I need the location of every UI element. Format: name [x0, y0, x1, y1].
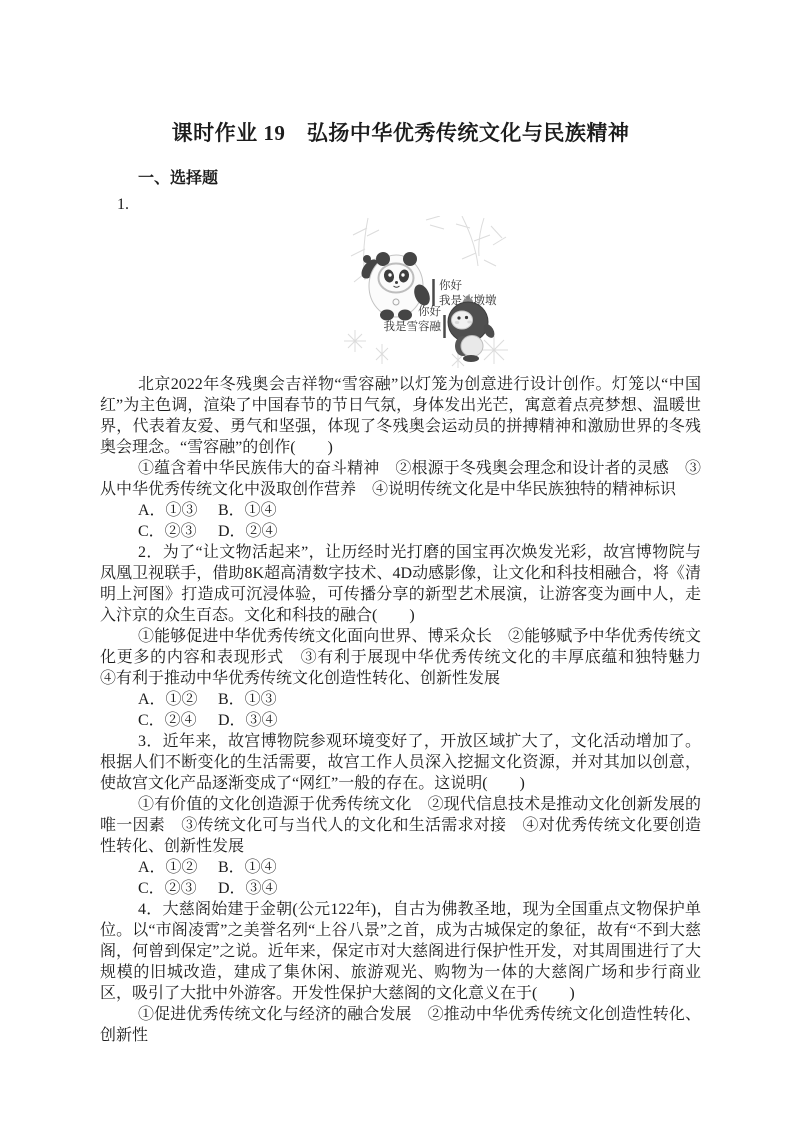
question-1-items: ①蕴含着中华民族伟大的奋斗精神 ②根源于冬残奥会理念和设计者的灵感 ③从中华优秀…: [100, 458, 701, 500]
answer-option-b: B．①③: [218, 691, 277, 708]
question-3-stem: 3．近年来，故宫博物院参观环境变好了，开放区域扩大了，文化活动增加了。根据人们不…: [100, 731, 701, 794]
question-2-stem: 2．为了“让文物活起来”，让历经时光打磨的国宝再次焕发光彩，故宫博物院与凤凰卫视…: [100, 542, 701, 626]
question-3-answer-row-1: A．①②B．①④: [100, 857, 701, 878]
question-1-answer-row-2: C．②③D．②④: [100, 521, 701, 542]
answer-option-a: A．①②: [138, 689, 218, 710]
question-4-stem: 4．大慈阁始建于金朝(公元122年)，自古为佛教圣地，现为全国重点文物保护单位。…: [100, 899, 701, 1004]
bing-speech-line1: 你好: [439, 278, 462, 292]
answer-option-d: D．②④: [218, 523, 278, 540]
question-2-items: ①能够促进中华优秀传统文化面向世界、博采众长 ②能够赋予中华优秀传统文化更多的内…: [100, 626, 701, 689]
question-3-items: ①有价值的文化创造源于优秀传统文化 ②现代信息技术是推动文化创新发展的唯一因素 …: [100, 794, 701, 857]
page-title: 课时作业 19 弘扬中华优秀传统文化与民族精神: [100, 118, 701, 148]
question-1-answer-row-1: A．①③B．①④: [100, 500, 701, 521]
answer-option-c: C．②③: [138, 878, 218, 899]
question-1-stem: 北京2022年冬残奥会吉祥物“雪容融”以灯笼为创意进行设计创作。灯笼以“中国红”…: [100, 374, 701, 458]
answer-option-d: D．③④: [218, 712, 278, 729]
mascots-illustration: 你好 我是冰墩墩 你好 我是雪: [334, 216, 514, 368]
question-4-items: ①促进优秀传统文化与经济的融合发展 ②推动中华优秀传统文化创造性转化、创新性: [100, 1004, 701, 1046]
question-2-answer-row-2: C．②④D．③④: [100, 710, 701, 731]
question-1-number: 1.: [100, 194, 701, 215]
worksheet-page: 课时作业 19 弘扬中华优秀传统文化与民族精神 一、选择题 1.: [0, 0, 793, 1122]
answer-option-a: A．①③: [138, 500, 218, 521]
answer-option-b: B．①④: [218, 502, 277, 519]
xue-speech-line1: 你好: [418, 304, 441, 318]
answer-option-c: C．②③: [138, 521, 218, 542]
question-3-answer-row-2: C．②③D．③④: [100, 878, 701, 899]
mascots-figure: 你好 我是冰墩墩 你好 我是雪: [334, 216, 514, 368]
answer-option-d: D．③④: [218, 880, 278, 897]
answer-option-a: A．①②: [138, 857, 218, 878]
question-2-answer-row-1: A．①②B．①③: [100, 689, 701, 710]
xue-speech-line2: 我是雪容融: [383, 319, 441, 333]
answer-option-c: C．②④: [138, 710, 218, 731]
answer-option-b: B．①④: [218, 859, 277, 876]
section-heading: 一、选择题: [100, 168, 701, 189]
